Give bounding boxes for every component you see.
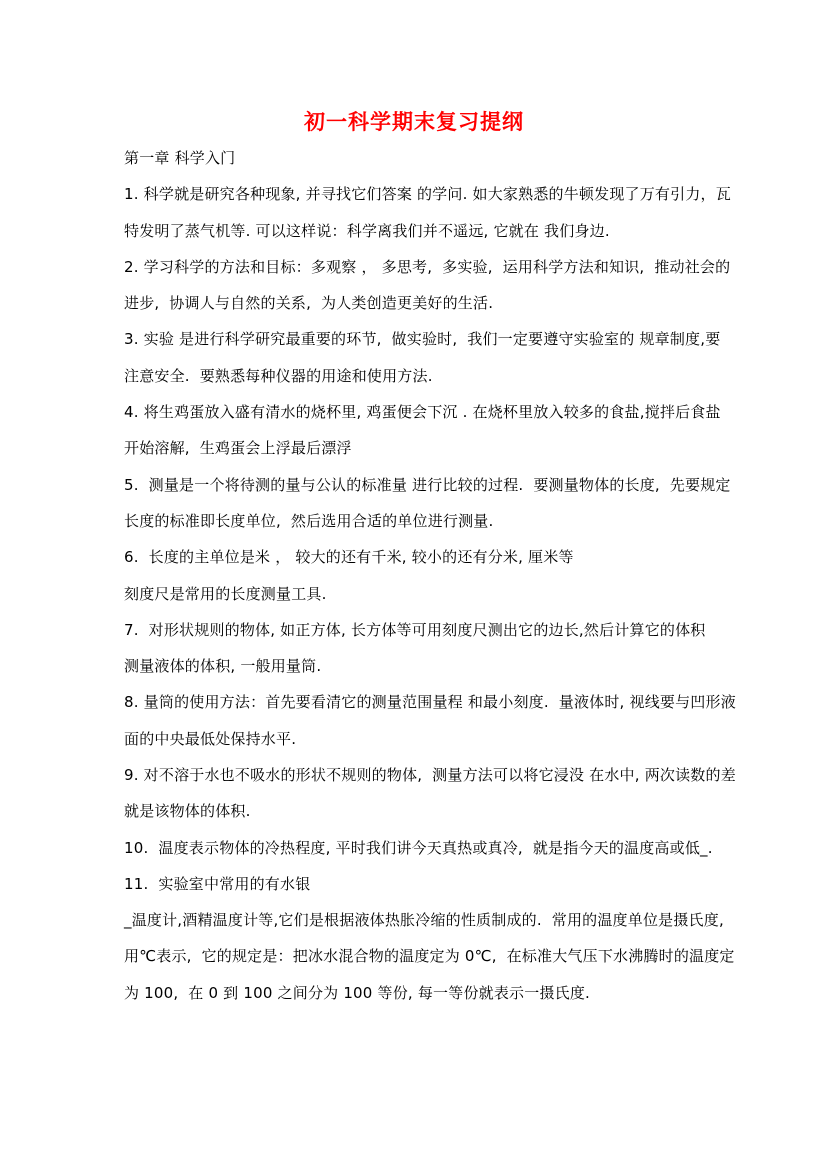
text-line: 第一章 科学入门 [124,139,704,175]
text-line: 5. 测量是一个将待测的量与公认的标准量 进行比较的过程. 要测量物体的长度, … [124,466,704,502]
text-line: 刻度尺是常用的长度测量工具. [124,575,704,611]
text-line: 进步, 协调人与自然的关系, 为人类创造更美好的生活. [124,284,704,320]
text-line: 就是该物体的体积. [124,793,704,829]
text-line: 用℃表示, 它的规定是：把冰水混合物的温度定为 0℃, 在标准大气压下水沸腾时的… [124,938,704,974]
text-line: 9. 对不溶于水也不吸水的形状不规则的物体, 测量方法可以将它浸没 在水中, 两… [124,756,704,792]
text-line: 3. 实验 是进行科学研究最重要的环节, 做实验时, 我们一定要遵守实验室的 规… [124,321,704,357]
text-line: _温度计,酒精温度计等,它们是根据液体热胀冷缩的性质制成的. 常用的温度单位是摄… [124,902,704,938]
document-page: 初一科学期末复习提纲 第一章 科学入门1. 科学就是研究各种现象, 并寻找它们答… [0,0,827,1170]
text-line: 注意安全. 要熟悉每种仪器的用途和使用方法. [124,357,704,393]
text-line: 长度的标准即长度单位, 然后选用合适的单位进行测量. [124,502,704,538]
text-line: 开始溶解, 生鸡蛋会上浮最后漂浮 [124,430,704,466]
document-body: 第一章 科学入门1. 科学就是研究各种现象, 并寻找它们答案 的学问. 如大家熟… [124,139,704,1010]
text-line: 面的中央最低处保持水平. [124,720,704,756]
text-line: 2. 学习科学的方法和目标：多观察 ， 多思考, 多实验, 运用科学方法和知识,… [124,248,704,284]
document-content: 初一科学期末复习提纲 第一章 科学入门1. 科学就是研究各种现象, 并寻找它们答… [124,103,704,1010]
text-line: 10. 温度表示物体的冷热程度, 平时我们讲今天真热或真冷, 就是指今天的温度高… [124,829,704,865]
text-line: 为 100, 在 0 到 100 之间分为 100 等份, 每一等份就表示一摄氏… [124,974,704,1010]
text-line: 1. 科学就是研究各种现象, 并寻找它们答案 的学问. 如大家熟悉的牛顿发现了万… [124,176,704,212]
text-line: 4. 将生鸡蛋放入盛有清水的烧杯里, 鸡蛋便会下沉 . 在烧杯里放入较多的食盐,… [124,393,704,429]
text-line: 6. 长度的主单位是米 ， 较大的还有千米, 较小的还有分米, 厘米等 [124,539,704,575]
text-line: 7. 对形状规则的物体, 如正方体, 长方体等可用刻度尺测出它的边长,然后计算它… [124,611,704,647]
text-line: 8. 量筒的使用方法：首先要看清它的测量范围量程 和最小刻度. 量液体时, 视线… [124,684,704,720]
text-line: 特发明了蒸气机等. 可以这样说：科学离我们并不遥远, 它就在 我们身边. [124,212,704,248]
document-title: 初一科学期末复习提纲 [124,103,704,139]
text-line: 测量液体的体积, 一般用量筒. [124,647,704,683]
text-line: 11. 实验室中常用的有水银 [124,865,704,901]
